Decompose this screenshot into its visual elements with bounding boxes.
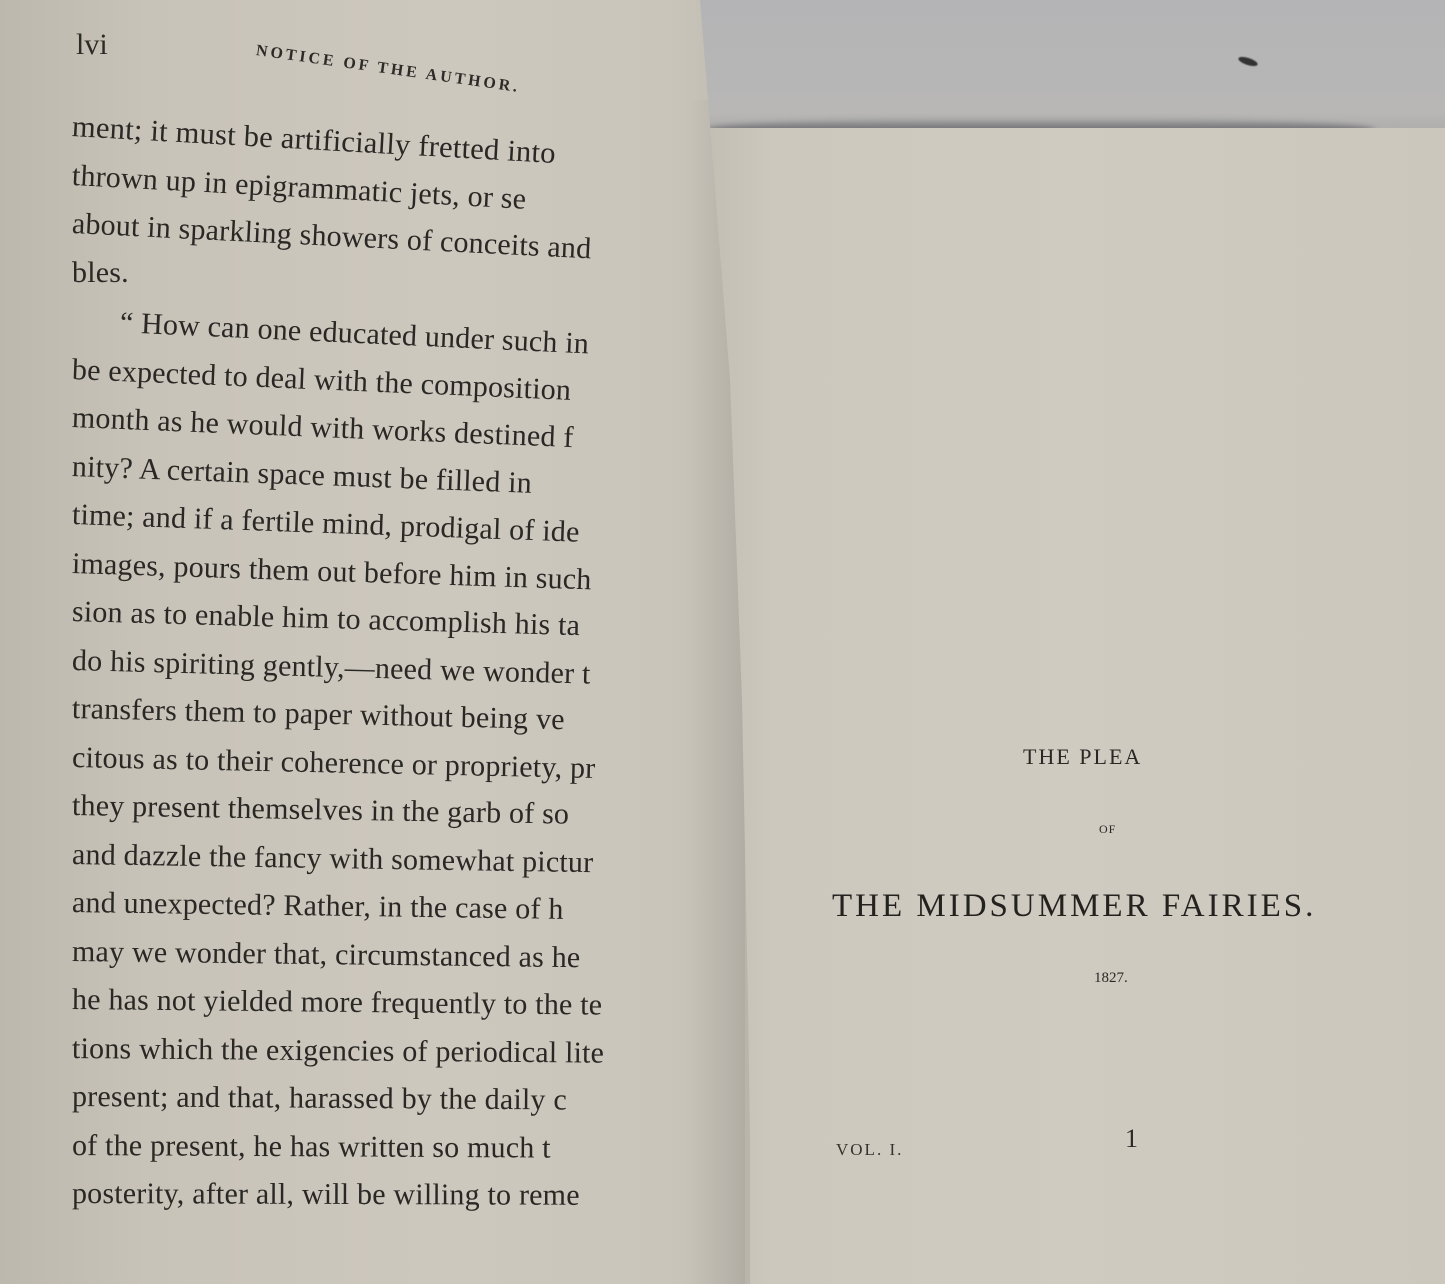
running-title: NOTICE OF THE AUTHOR. [255, 42, 522, 97]
volume-label: VOL. I. [836, 1140, 903, 1160]
text-line: bles. [72, 249, 742, 298]
text-line: he has not yielded more frequently to th… [72, 976, 742, 1032]
text-line: posterity, after all, will be willing to… [72, 1170, 742, 1221]
text-line: may we wonder that, circumstanced as he [72, 928, 743, 985]
signature-mark: 1 [1125, 1124, 1138, 1154]
title-line-1: THE PLEA [1023, 744, 1142, 770]
title-main: THE MIDSUMMER FAIRIES. [832, 888, 1316, 925]
text-line: and unexpected? Rather, in the case of h [72, 879, 743, 937]
title-of: OF [1099, 822, 1116, 837]
text-line: tions which the exigencies of periodical… [72, 1025, 742, 1079]
body-text: ment; it must be artificially fretted in… [72, 103, 742, 1219]
right-page [700, 128, 1445, 1284]
page-number: lvi [76, 28, 108, 62]
left-page: lvi NOTICE OF THE AUTHOR. ment; it must … [0, 0, 745, 1284]
text-line: present; and that, harassed by the daily… [72, 1073, 742, 1126]
title-year: 1827. [1094, 970, 1128, 987]
text-line: of the present, he has written so much t [72, 1122, 742, 1174]
